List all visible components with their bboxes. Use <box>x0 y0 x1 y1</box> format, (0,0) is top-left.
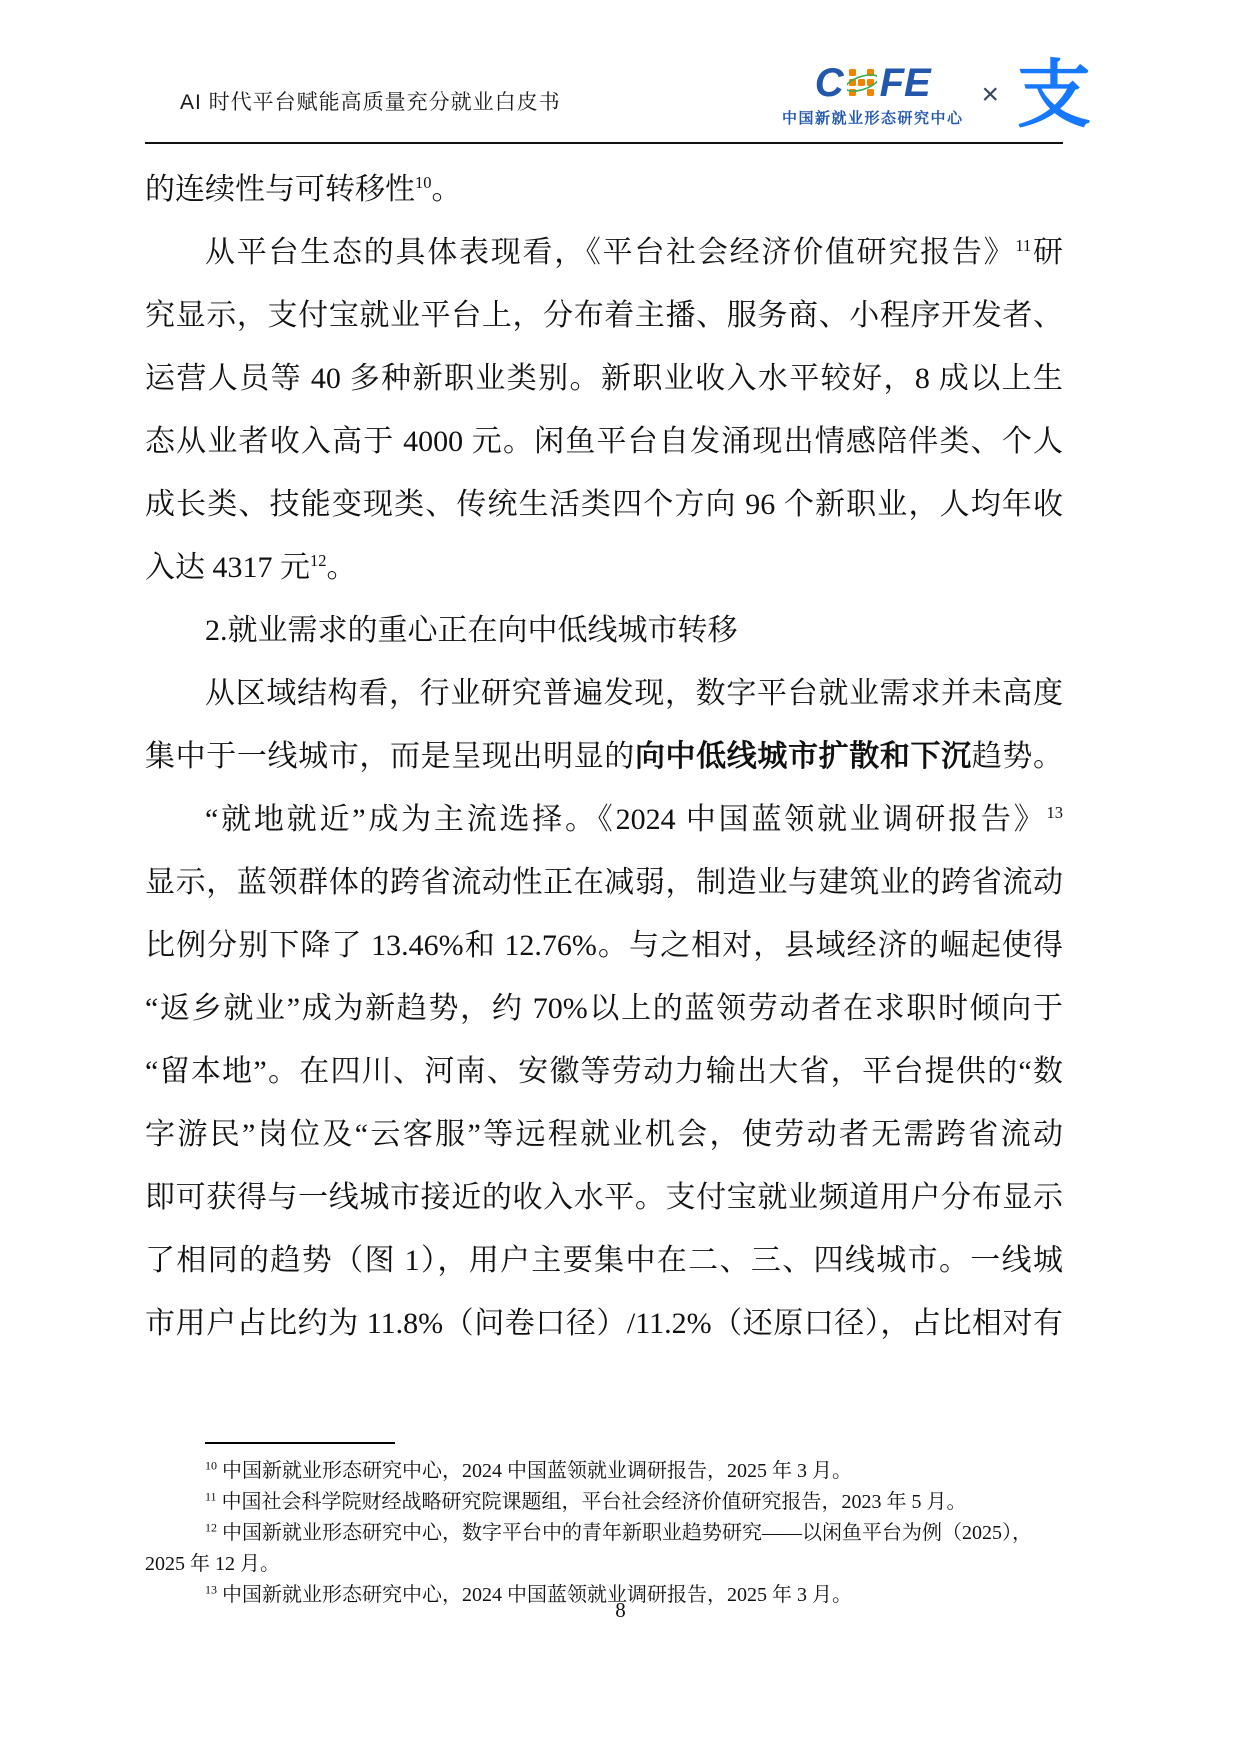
text-run: 研 <box>1031 236 1063 269</box>
text-run: 集中于一线城市，而是呈现出明显的 <box>145 740 635 773</box>
text-run: 态从业者收入高于 4000 元。闲鱼平台自发涌现出情感陪伴类、个人 <box>145 425 1063 458</box>
body-line: 的连续性与可转移性10。 <box>145 158 1063 221</box>
header-logos: C FE 中国新就业形态研究中心 × 支 <box>782 58 1091 132</box>
text-run: “返乡就业”成为新趋势，约 70%以上的蓝领劳动者在求职时倾向于 <box>145 992 1063 1025</box>
body-line: 即可获得与一线城市接近的收入水平。支付宝就业频道用户分布显示 <box>145 1166 1063 1229</box>
text-run: 究显示，支付宝就业平台上，分布着主播、服务商、小程序开发者、 <box>145 299 1063 332</box>
cnfe-letter-c: C <box>815 63 844 103</box>
body-line: 运营人员等 40 多种新职业类别。新职业收入水平较好，8 成以上生 <box>145 347 1063 410</box>
footnote-ref: 10 <box>415 173 432 192</box>
text-run: 字游民”岗位及“云客服”等远程就业机会，使劳动者无需跨省流动 <box>145 1118 1063 1151</box>
text-run: 即可获得与一线城市接近的收入水平。支付宝就业频道用户分布显示 <box>145 1181 1063 1214</box>
collab-x-symbol: × <box>981 80 999 110</box>
cnfe-wordmark: C FE <box>815 63 931 103</box>
footnote-number: 12 <box>205 1520 217 1534</box>
footnote-text: 中国社会科学院财经战略研究院课题组，平台社会经济价值研究报告，2023 年 5 … <box>217 1491 967 1513</box>
header-rule <box>145 142 1063 144</box>
body-line: 入达 4317 元12。 <box>145 536 1063 599</box>
document-page: AI 时代平台赋能高质量充分就业白皮书 C FE 中国新就业形态研究中心 × <box>0 0 1241 1754</box>
footnote-line: 2025 年 12 月。 <box>145 1549 1063 1580</box>
footnote-text: 中国新就业形态研究中心，2024 中国蓝领就业调研报告，2025 年 3 月。 <box>217 1460 852 1482</box>
text-run: 。 <box>432 173 462 206</box>
body-line: 态从业者收入高于 4000 元。闲鱼平台自发涌现出情感陪伴类、个人 <box>145 410 1063 473</box>
body-line: 比例分别下降了 13.46%和 12.76%。与之相对，县域经济的崛起使得 <box>145 914 1063 977</box>
footnote-number: 11 <box>205 1489 217 1503</box>
footnote-list: 10 中国新就业形态研究中心，2024 中国蓝领就业调研报告，2025 年 3 … <box>145 1456 1063 1611</box>
footnote-line: 11 中国社会科学院财经战略研究院课题组，平台社会经济价值研究报告，2023 年… <box>145 1487 1063 1518</box>
footnote-number: 10 <box>205 1458 217 1472</box>
body-line: “就地就近”成为主流选择。《2024 中国蓝领就业调研报告》13 <box>145 788 1063 851</box>
text-run: 比例分别下降了 13.46%和 12.76%。与之相对，县域经济的崛起使得 <box>145 929 1063 962</box>
body-line: 究显示，支付宝就业平台上，分布着主播、服务商、小程序开发者、 <box>145 284 1063 347</box>
footnote-ref: 11 <box>1015 236 1031 255</box>
footnote-ref: 13 <box>1047 803 1064 822</box>
text-run: 。 <box>327 551 357 584</box>
text-run: 的连续性与可转移性 <box>145 173 415 206</box>
text-run: “就地就近”成为主流选择。《2024 中国蓝领就业调研报告》 <box>205 803 1047 836</box>
text-run: 向中低线城市扩散和下沉 <box>635 740 972 773</box>
footnote-ref: 12 <box>310 551 327 570</box>
body-line: 集中于一线城市，而是呈现出明显的向中低线城市扩散和下沉趋势。 <box>145 725 1063 788</box>
body-line: 字游民”岗位及“云客服”等远程就业机会，使劳动者无需跨省流动 <box>145 1103 1063 1166</box>
text-run: 从区域结构看，行业研究普遍发现，数字平台就业需求并未高度 <box>205 677 1063 710</box>
text-run: 趋势。 <box>972 740 1063 773</box>
footnote-text: 中国新就业形态研究中心，数字平台中的青年新职业趋势研究——以闲鱼平台为例（202… <box>217 1522 1032 1544</box>
body-line: 从平台生态的具体表现看，《平台社会经济价值研究报告》11研 <box>145 221 1063 284</box>
body-content: 的连续性与可转移性10。从平台生态的具体表现看，《平台社会经济价值研究报告》11… <box>145 158 1063 1355</box>
body-line: 从区域结构看，行业研究普遍发现，数字平台就业需求并未高度 <box>145 662 1063 725</box>
text-run: 了相同的趋势（图 1），用户主要集中在二、三、四线城市。一线城 <box>145 1244 1063 1277</box>
text-run: 从平台生态的具体表现看，《平台社会经济价值研究报告》 <box>205 236 1015 269</box>
cnfe-emblem-icon <box>847 66 877 100</box>
footnote-number: 13 <box>205 1582 217 1596</box>
footnote-line: 10 中国新就业形态研究中心，2024 中国蓝领就业调研报告，2025 年 3 … <box>145 1456 1063 1487</box>
body-line: 市用户占比约为 11.8%（问卷口径）/11.2%（还原口径），占比相对有 <box>145 1292 1063 1355</box>
text-run: “留本地”。在四川、河南、安徽等劳动力输出大省，平台提供的“数 <box>145 1055 1063 1088</box>
body-line: 了相同的趋势（图 1），用户主要集中在二、三、四线城市。一线城 <box>145 1229 1063 1292</box>
body-line: “返乡就业”成为新趋势，约 70%以上的蓝领劳动者在求职时倾向于 <box>145 977 1063 1040</box>
footnote-line: 12 中国新就业形态研究中心，数字平台中的青年新职业趋势研究——以闲鱼平台为例（… <box>145 1518 1063 1549</box>
footnote-separator <box>205 1442 395 1444</box>
text-run: 显示，蓝领群体的跨省流动性正在减弱，制造业与建筑业的跨省流动 <box>145 866 1063 899</box>
alipay-logo: 支 <box>1017 58 1091 132</box>
text-run: 运营人员等 40 多种新职业类别。新职业收入水平较好，8 成以上生 <box>145 362 1063 395</box>
footnote-text: 2025 年 12 月。 <box>145 1553 280 1575</box>
footnote-area: 10 中国新就业形态研究中心，2024 中国蓝领就业调研报告，2025 年 3 … <box>145 1442 1063 1611</box>
text-run: 成长类、技能变现类、传统生活类四个方向 96 个新职业，人均年收 <box>145 488 1063 521</box>
cnfe-letter-fe: FE <box>880 63 931 103</box>
section-heading: 2.就业需求的重心正在向中低线城市转移 <box>145 599 1063 662</box>
text-run: 2.就业需求的重心正在向中低线城市转移 <box>205 614 738 647</box>
text-run: 市用户占比约为 11.8%（问卷口径）/11.2%（还原口径），占比相对有 <box>145 1307 1063 1340</box>
page-number: 8 <box>0 1598 1241 1623</box>
header-doc-title: AI 时代平台赋能高质量充分就业白皮书 <box>180 86 561 116</box>
cnfe-caption: 中国新就业形态研究中心 <box>782 107 964 128</box>
body-line: 成长类、技能变现类、传统生活类四个方向 96 个新职业，人均年收 <box>145 473 1063 536</box>
body-line: “留本地”。在四川、河南、安徽等劳动力输出大省，平台提供的“数 <box>145 1040 1063 1103</box>
text-run: 入达 4317 元 <box>145 551 310 584</box>
cnfe-logo: C FE 中国新就业形态研究中心 <box>782 63 964 128</box>
body-line: 显示，蓝领群体的跨省流动性正在减弱，制造业与建筑业的跨省流动 <box>145 851 1063 914</box>
